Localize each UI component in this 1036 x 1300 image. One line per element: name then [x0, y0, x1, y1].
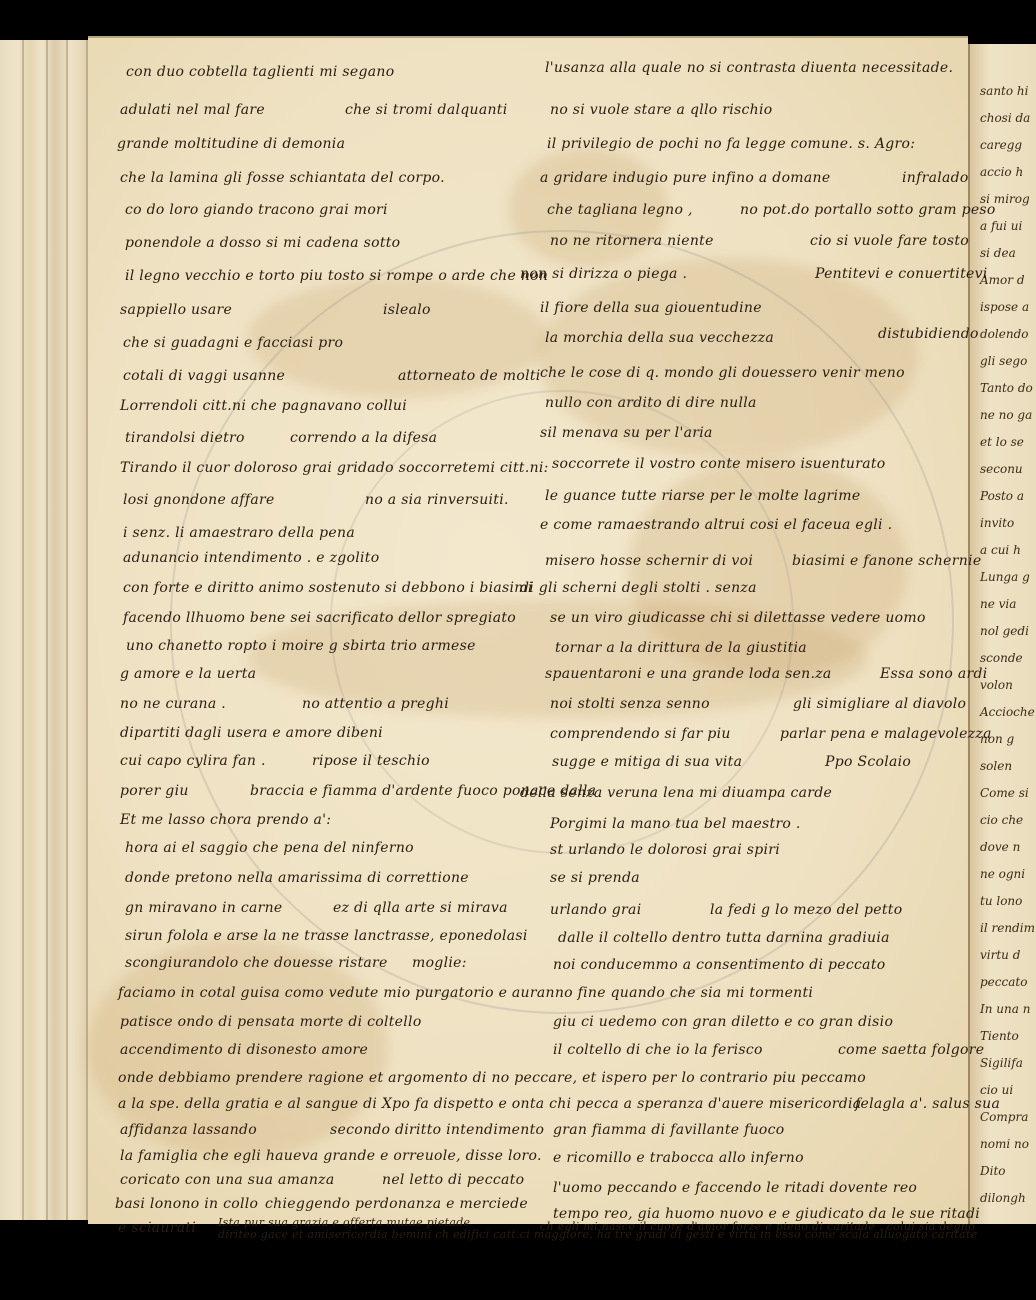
handwritten-line: g amore e la uerta — [120, 666, 256, 682]
handwritten-line: facendo llhuomo bene sei sacrificato del… — [123, 610, 516, 626]
handwritten-line: co do loro giando tracono grai mori — [125, 202, 388, 218]
facing-page-text: invito — [980, 516, 1014, 530]
handwritten-line: con duo cobtella taglienti mi segano — [126, 64, 394, 80]
handwritten-line: cotali di vaggi usanne — [123, 368, 285, 384]
handwritten-line: l'uomo peccando e faccendo le ritadi dov… — [553, 1180, 917, 1196]
handwritten-line: porer giu — [120, 783, 189, 799]
facing-page-text: Dito — [980, 1164, 1006, 1178]
handwritten-line: no pot.do portallo sotto gram peso — [740, 202, 996, 218]
handwritten-line: infralado — [902, 170, 969, 186]
handwritten-line: della senza veruna lena mi diuampa carde — [520, 785, 832, 801]
handwritten-line: nel letto di peccato — [382, 1172, 524, 1188]
handwritten-line: il fiore della sua giouentudine — [540, 300, 762, 316]
handwritten-line: st urlando le dolorosi grai spiri — [550, 842, 780, 858]
handwritten-line: se si prenda — [550, 870, 640, 886]
handwritten-line: dalle il coltello dentro tutta darnina g… — [558, 930, 890, 946]
handwritten-line: il legno vecchio e torto piu tosto si ro… — [125, 268, 548, 284]
handwritten-line: e ricomillo e trabocca allo inferno — [553, 1150, 804, 1166]
facing-page-text: santo hi — [980, 84, 1028, 98]
handwritten-line: gn miravano in carne — [125, 900, 283, 916]
handwritten-line: parlar pena e malagevolezza — [780, 726, 992, 742]
handwritten-line: Essa sono ardi — [880, 666, 988, 682]
facing-page-text: Tiento — [980, 1029, 1019, 1043]
handwritten-line: comprendendo si far piu — [550, 726, 731, 742]
handwritten-line: ch egli mi nasce il cuore d'amor forze e… — [540, 1220, 975, 1233]
handwritten-line: felagla a'. salus sua — [855, 1096, 1000, 1112]
facing-page-text: gli sego — [980, 354, 1027, 368]
facing-page-text: sconde — [980, 651, 1023, 665]
handwritten-line: affidanza lassando — [120, 1122, 257, 1138]
handwritten-line: che si tromi dalquanti — [345, 102, 508, 118]
handwritten-line: cio si vuole fare tosto — [810, 233, 969, 249]
handwritten-line: Ppo Scolaio — [825, 754, 911, 770]
handwritten-line: e sciaurati — [118, 1220, 196, 1236]
handwritten-line: come saetta folgore — [838, 1042, 984, 1058]
facing-page-text: ispose a — [980, 300, 1029, 314]
handwritten-line: adunancio intendimento . e zgolito — [123, 550, 379, 566]
handwritten-line: Et me lasso chora prendo a': — [120, 812, 331, 828]
facing-page-text: Posto a — [980, 489, 1024, 503]
handwritten-line: misero hosse schernir di voi — [545, 553, 753, 569]
page-stack-edge — [0, 40, 100, 1220]
facing-page-text: seconu — [980, 462, 1023, 476]
handwritten-line: i senz. li amaestraro della pena — [123, 525, 355, 541]
handwritten-line: se un viro giudicasse chi si dilettasse … — [550, 610, 926, 626]
handwritten-line: scongiurandolo che douesse ristare — [125, 955, 388, 971]
handwritten-line: ripose il teschio — [312, 753, 430, 769]
handwritten-line: cui capo cylira fan . — [120, 753, 266, 769]
handwritten-line: noi conducemmo a consentimento di peccat… — [553, 957, 885, 973]
handwritten-line: gli simigliare al diavolo — [793, 696, 966, 712]
facing-page-text: a cui h — [980, 543, 1021, 557]
handwritten-line: no a sia rinversuiti. — [365, 492, 509, 508]
handwritten-line: basi lonono in collo — [115, 1196, 258, 1212]
facing-page-text: dolendo — [980, 327, 1028, 341]
facing-page-text: et lo se — [980, 435, 1024, 449]
handwritten-line: attorneato de molti — [398, 368, 541, 384]
handwritten-line: sirun folola e arse la ne trasse lanctra… — [125, 928, 528, 944]
handwritten-line: a gridare indugio pure infino a domane — [540, 170, 830, 186]
facing-page-text: cio ui — [980, 1083, 1013, 1097]
facing-page-text: cio che — [980, 813, 1023, 827]
facing-page-text: In una n — [980, 1002, 1030, 1016]
facing-page-text: ne ogni — [980, 867, 1025, 881]
handwritten-line: Porgimi la mano tua bel maestro . — [550, 816, 801, 832]
handwritten-line: tornar a la dirittura de la giustitia — [555, 640, 807, 656]
facing-page-text: a fui ui — [980, 219, 1022, 233]
handwritten-line: con forte e diritto animo sostenuto si d… — [123, 580, 533, 596]
handwritten-line: donde pretono nella amarissima di corret… — [125, 870, 469, 886]
facing-page-text: virtu d — [980, 948, 1020, 962]
facing-page-text: nol gedi — [980, 624, 1029, 638]
handwritten-line: la fedi g lo mezo del petto — [710, 902, 902, 918]
handwritten-line: Tirando il cuor doloroso grai gridado so… — [120, 460, 549, 476]
facing-page-text: ne no ga — [980, 408, 1032, 422]
handwritten-line: a la spe. della gratia e al sangue di Xp… — [118, 1096, 861, 1112]
handwritten-line: gran fiamma di favillante fuoco — [553, 1122, 785, 1138]
facing-page-text: ne via — [980, 597, 1016, 611]
handwritten-line: il coltello di che io la ferisco — [553, 1042, 763, 1058]
handwritten-line: no attentio a preghi — [302, 696, 449, 712]
facing-page-text: caregg — [980, 138, 1022, 152]
handwritten-line: uno chanetto ropto i moire g sbirta trio… — [126, 638, 476, 654]
handwritten-line: spauentaroni e una grande loda sen.za — [545, 666, 832, 682]
handwritten-line: secondo diritto intendimento — [330, 1122, 544, 1138]
facing-page-text: Tanto do — [980, 381, 1033, 395]
facing-page-text: dove n — [980, 840, 1020, 854]
facing-page-text: dilongh — [980, 1191, 1026, 1205]
handwritten-line: che tagliana legno , — [547, 202, 693, 218]
handwritten-line: no ne curana . — [120, 696, 226, 712]
handwritten-line: la famiglia che egli haueva grande e orr… — [120, 1148, 542, 1164]
handwritten-line: sugge e mitiga di sua vita — [552, 754, 742, 770]
handwritten-line: hora ai el saggio che pena del ninferno — [125, 840, 414, 856]
handwritten-line: che la lamina gli fosse schiantata del c… — [120, 170, 445, 186]
facing-page-text: accio h — [980, 165, 1023, 179]
handwritten-line: ez di qlla arte si mirava — [333, 900, 508, 916]
handwritten-line: adulati nel mal fare — [120, 102, 265, 118]
handwritten-line: onde debbiamo prendere ragione et argome… — [118, 1070, 866, 1086]
facing-page-text: solen — [980, 759, 1012, 773]
handwritten-line: Pentitevi e conuertitevi — [815, 266, 988, 282]
handwritten-line: soccorrete il vostro conte misero isuent… — [552, 456, 886, 472]
handwritten-line: faciamo in cotal guisa como vedute mio p… — [118, 985, 813, 1001]
handwritten-line: le guance tutte riarse per le molte lagr… — [545, 488, 860, 504]
handwritten-line: grande moltitudine di demonia — [117, 136, 345, 152]
handwritten-line: Lorrendoli citt.ni che pagnavano collui — [120, 398, 407, 414]
handwritten-line: il privilegio de pochi no fa legge comun… — [547, 136, 915, 152]
handwritten-line: correndo a la difesa — [290, 430, 437, 446]
handwritten-line: non si dirizza o piega . — [520, 266, 687, 282]
handwritten-line: l'usanza alla quale no si contrasta diue… — [545, 60, 953, 76]
handwritten-line: moglie: — [412, 955, 467, 971]
facing-page-text: Lunga g — [980, 570, 1030, 584]
facing-page-text: Come si — [980, 786, 1029, 800]
handwritten-line: coricato con una sua amanza — [120, 1172, 335, 1188]
handwritten-line: urlando grai — [550, 902, 641, 918]
handwritten-line: ponendole a dosso si mi cadena sotto — [125, 235, 400, 251]
facing-page-text: Sigilifa — [980, 1056, 1023, 1070]
handwritten-line: e come ramaestrando altrui cosi el faceu… — [540, 517, 892, 533]
handwritten-line: tirandolsi dietro — [125, 430, 245, 446]
facing-page-text: Accioche — [980, 705, 1035, 719]
handwritten-line: dipartiti dagli usera e amore dibeni — [120, 725, 383, 741]
handwritten-line: noi stolti senza senno — [550, 696, 710, 712]
handwritten-line: no si vuole stare a qllo rischio — [550, 102, 772, 118]
facing-page-text: chosi da — [980, 111, 1030, 125]
handwritten-line: che si guadagni e facciasi pro — [123, 335, 343, 351]
facing-page-text: Compra — [980, 1110, 1028, 1124]
handwritten-line: nullo con ardito di dire nulla — [545, 395, 757, 411]
handwritten-line: sil menava su per l'aria — [540, 425, 713, 441]
facing-page-text: peccato — [980, 975, 1027, 989]
handwritten-line: di gli scherni degli stolti . senza — [520, 580, 757, 596]
handwritten-line: giu ci uedemo con gran diletto e co gran… — [553, 1014, 893, 1030]
handwritten-line: chieggendo perdonanza e merciede — [265, 1196, 528, 1212]
handwritten-line: islealo — [383, 302, 431, 318]
handwritten-line: patisce ondo di pensata morte di coltell… — [120, 1014, 422, 1030]
handwritten-line: la morchia della sua vecchezza — [545, 330, 774, 346]
facing-page-text: si dea — [980, 246, 1016, 260]
facing-page-text: tu lono — [980, 894, 1022, 908]
facing-page-text: nomi no — [980, 1137, 1029, 1151]
handwritten-line: biasimi e fanone schernie — [792, 553, 981, 569]
facing-page-text: il rendim — [980, 921, 1035, 935]
handwritten-line: distubidiendo — [878, 326, 979, 342]
handwritten-line: sappiello usare — [120, 302, 232, 318]
handwritten-line: accendimento di disonesto amore — [120, 1042, 368, 1058]
handwritten-line: no ne ritornera niente — [550, 233, 714, 249]
handwritten-line: losi gnondone affare — [123, 492, 275, 508]
handwritten-line: che le cose di q. mondo gli douessero ve… — [540, 365, 905, 381]
